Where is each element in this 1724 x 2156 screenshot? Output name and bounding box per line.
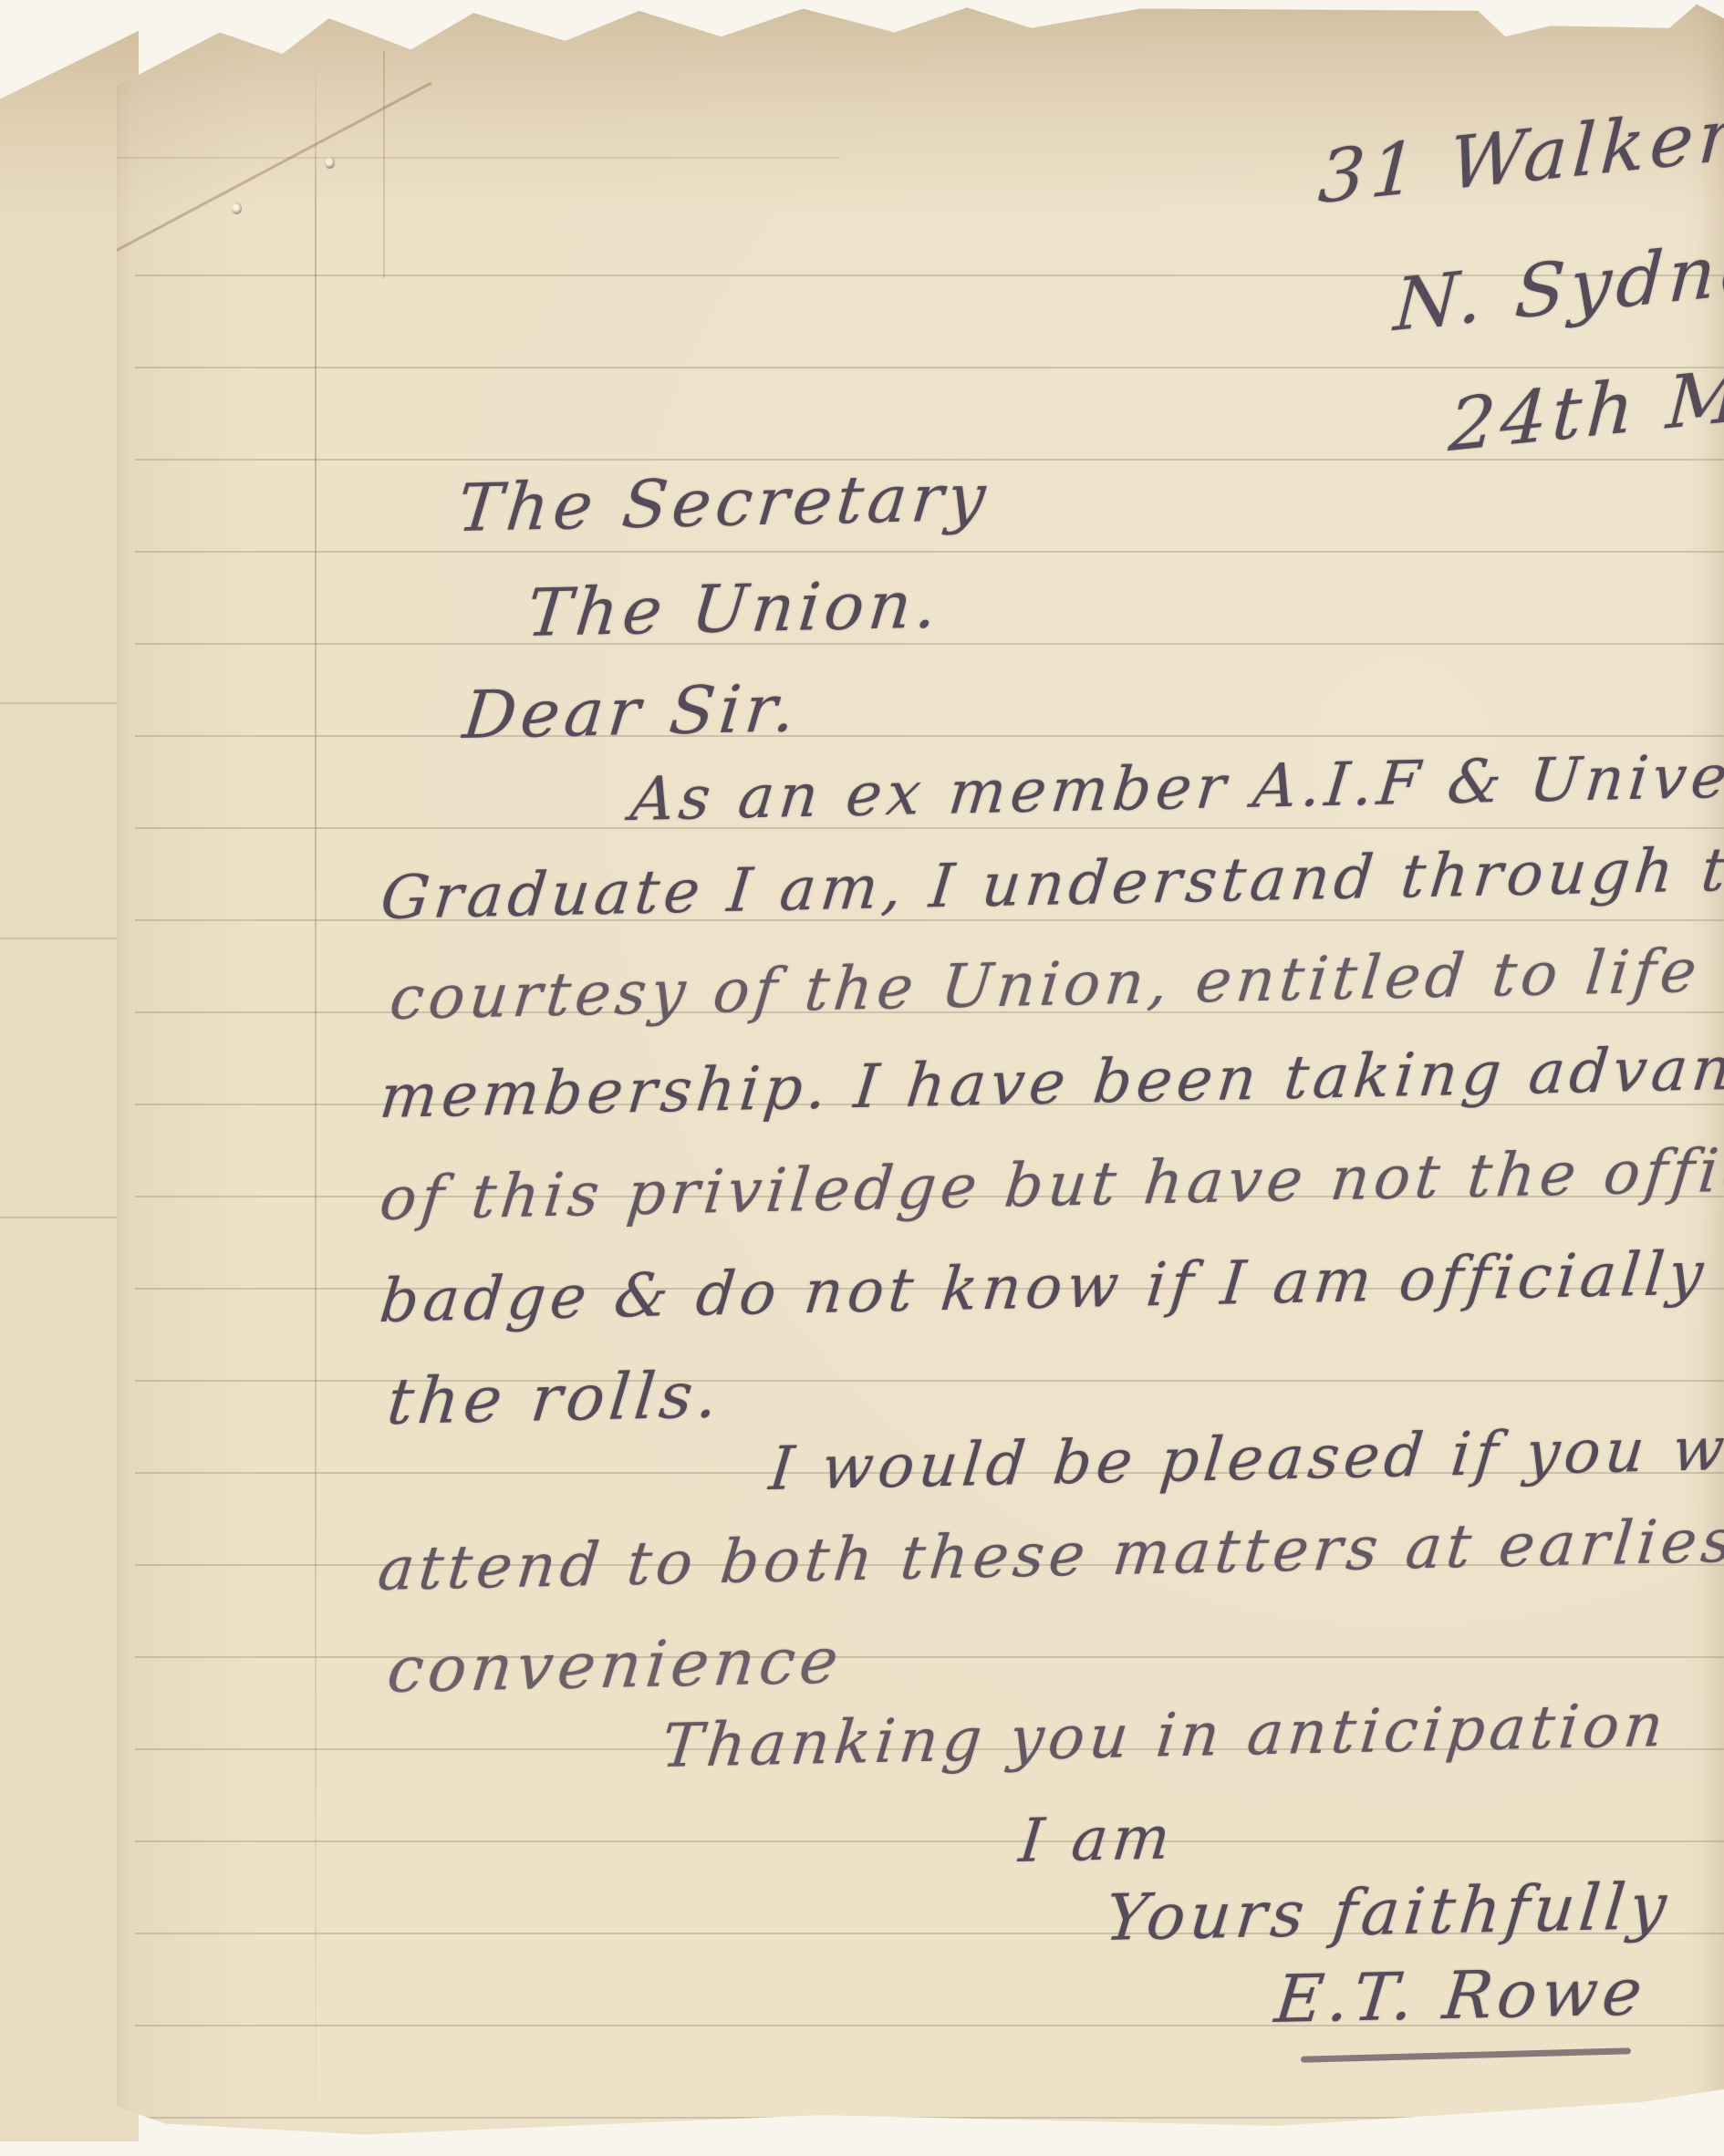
pin-hole: [325, 157, 335, 169]
closing-line-3: Yours faithfully: [1102, 1869, 1674, 1955]
margin-rule: [315, 53, 317, 2105]
scanned-letter: 31 Walker St N. Sydney 24th March The Se…: [0, 0, 1724, 2156]
letter-sheet: 31 Walker St N. Sydney 24th March The Se…: [117, 0, 1724, 2156]
body-p1-line-7: the rolls.: [384, 1357, 726, 1439]
body-p2-line-3: convenience: [384, 1623, 846, 1707]
salutation: Dear Sir.: [460, 669, 804, 753]
recipient-line-1: The Secretary: [454, 459, 993, 546]
recipient-line-2: The Union.: [524, 566, 945, 651]
signature: E.T. Rowe: [1272, 1954, 1650, 2037]
closing-line-2: I am: [1016, 1802, 1178, 1876]
horizontal-crease: [117, 157, 840, 159]
